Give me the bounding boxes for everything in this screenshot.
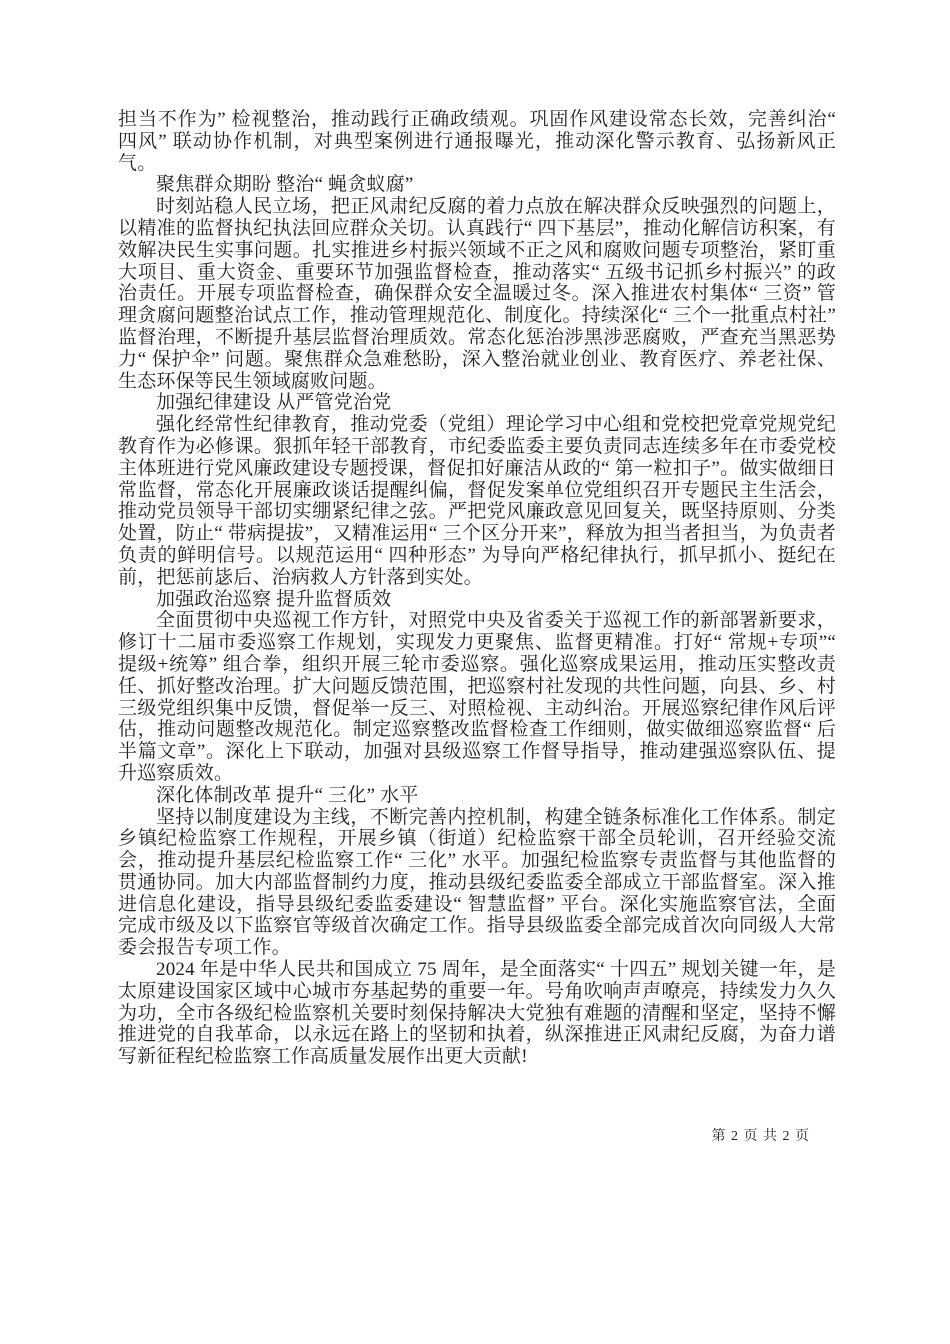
- section-heading: 加强纪律建设 从严管党治党: [118, 392, 836, 414]
- paragraph: 时刻站稳人民立场，把正风肃纪反腐的着力点放在解决群众反映强烈的问题上，以精准的监…: [118, 196, 836, 392]
- paragraph: 全面贯彻中央巡视工作方针，对照党中央及省委关于巡视工作的新部署新要求，修订十二届…: [118, 610, 836, 784]
- document-body: 担当不作为” 检视整治，推动践行正确政绩观。巩固作风建设常态长效，完善纠治“ 四…: [118, 109, 836, 1068]
- page-number: 第 2 页 共 2 页: [712, 1128, 811, 1146]
- section-heading: 加强政治巡察 提升监督质效: [118, 589, 836, 611]
- paragraph: 担当不作为” 检视整治，推动践行正确政绩观。巩固作风建设常态长效，完善纠治“ 四…: [118, 109, 836, 174]
- paragraph: 坚持以制度建设为主线，不断完善内控机制，构建全链条标准化工作体系。制定乡镇纪检监…: [118, 807, 836, 960]
- document-page: 担当不作为” 检视整治，推动践行正确政绩观。巩固作风建设常态长效，完善纠治“ 四…: [0, 0, 950, 1344]
- paragraph: 强化经常性纪律教育，推动党委（党组）理论学习中心组和党校把党章党规党纪教育作为必…: [118, 414, 836, 588]
- section-heading: 聚焦群众期盼 整治“ 蝇贪蚁腐”: [118, 174, 836, 196]
- section-heading: 深化体制改革 提升“ 三化” 水平: [118, 785, 836, 807]
- paragraph: 2024 年是中华人民共和国成立 75 周年，是全面落实“ 十四五” 规划关键一…: [118, 959, 836, 1068]
